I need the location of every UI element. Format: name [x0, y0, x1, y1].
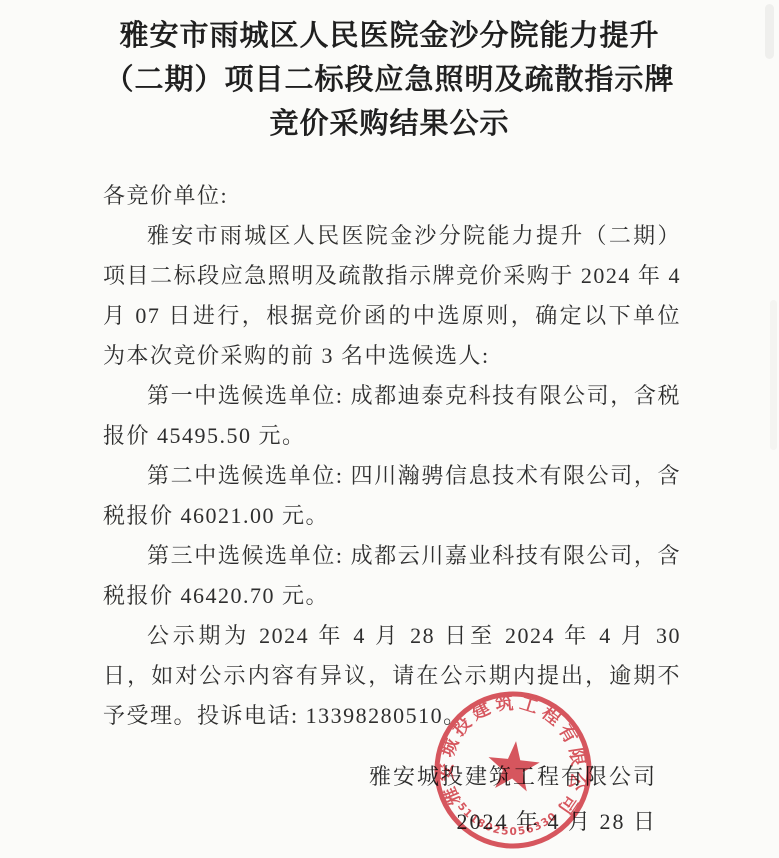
- body-paragraph-intro: 雅安市雨城区人民医院金沙分院能力提升（二期）项目二标段应急照明及疏散指示牌竞价采…: [103, 216, 681, 376]
- signature-date: 2024 年 4 月 28 日: [369, 799, 657, 844]
- scan-artifact-right: [770, 300, 777, 450]
- signature-company: 雅安城投建筑工程有限公司: [369, 754, 657, 799]
- document-title: 雅安市雨城区人民医院金沙分院能力提升 （二期）项目二标段应急照明及疏散指示牌 竞…: [40, 14, 739, 146]
- title-line-2: （二期）项目二标段应急照明及疏散指示牌: [40, 58, 739, 102]
- document-page: 雅安市雨城区人民医院金沙分院能力提升 （二期）项目二标段应急照明及疏散指示牌 竞…: [0, 0, 779, 858]
- signature-block: 雅安城投建筑工程有限公司 2024 年 4 月 28 日: [369, 754, 657, 844]
- body-paragraph-publicity-period: 公示期为 2024 年 4 月 28 日至 2024 年 4 月 30 日，如对…: [103, 616, 681, 736]
- scan-artifact-top: [765, 4, 774, 59]
- body-paragraph-candidate-3: 第三中选候选单位: 成都云川嘉业科技有限公司，含税报价 46420.70 元。: [103, 536, 681, 616]
- salutation: 各竞价单位:: [103, 176, 681, 216]
- body-paragraph-candidate-1: 第一中选候选单位: 成都迪泰克科技有限公司，含税报价 45495.50 元。: [103, 376, 681, 456]
- title-line-3: 竞价采购结果公示: [40, 102, 739, 146]
- body-paragraph-candidate-2: 第二中选候选单位: 四川瀚骋信息技术有限公司，含税报价 46021.00 元。: [103, 456, 681, 536]
- title-line-1: 雅安市雨城区人民医院金沙分院能力提升: [40, 14, 739, 58]
- document-body: 各竞价单位: 雅安市雨城区人民医院金沙分院能力提升（二期）项目二标段应急照明及疏…: [103, 176, 681, 736]
